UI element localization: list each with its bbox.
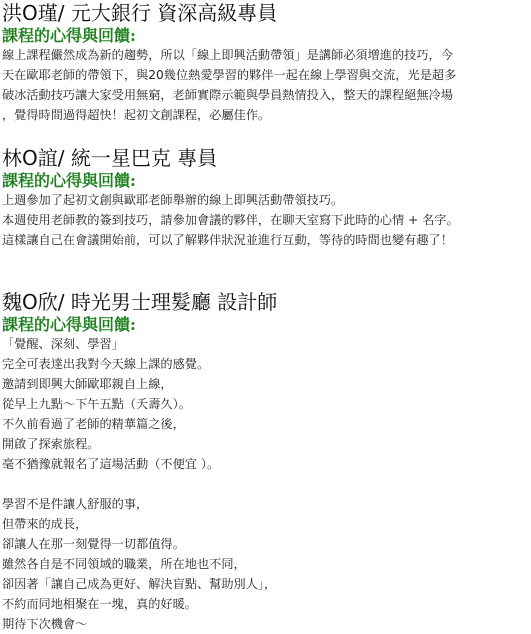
body-line: 卻讓人在那一刻覺得一切都值得。 bbox=[2, 534, 531, 554]
testimonial-subheading: 課程的心得與回饋: bbox=[2, 171, 531, 191]
testimonial-name: 洪O瑾/ 元大銀行 資深高級專員 bbox=[2, 1, 531, 25]
testimonial-body: 「覺醒、深刻、學習」 完全可表達出我對今天線上課的感覺。 邀請到即興大師歐耶親自… bbox=[2, 334, 531, 634]
testimonial-name: 林O誼/ 統一星巴克 專員 bbox=[2, 146, 531, 170]
body-line: 不約而同地相聚在一塊，真的好暖。 bbox=[2, 594, 531, 614]
testimonial-name: 魏O欣/ 時光男士理髮廳 設計師 bbox=[2, 290, 531, 314]
body-line: 完全可表達出我對今天線上課的感覺。 bbox=[2, 354, 531, 374]
testimonial-2: 林O誼/ 統一星巴克 專員 課程的心得與回饋: 上週參加了起初文創與歐耶老師舉辦… bbox=[2, 146, 531, 250]
body-line: 開啟了探索旅程。 bbox=[2, 434, 531, 454]
testimonial-1: 洪O瑾/ 元大銀行 資深高級專員 課程的心得與回饋: 線上課程儼然成為新的趨勢，… bbox=[2, 1, 531, 125]
body-line: 邀請到即興大師歐耶親自上線， bbox=[2, 374, 531, 394]
testimonial-3: 魏O欣/ 時光男士理髮廳 設計師 課程的心得與回饋: 「覺醒、深刻、學習」 完全… bbox=[2, 290, 531, 634]
body-line: ，覺得時間過得超快！起初文創課程，必屬佳作。 bbox=[2, 105, 531, 125]
body-line: 本週使用老師教的簽到技巧，請參加會議的夥伴，在聊天室寫下此時的心情 + 名字。 bbox=[2, 210, 531, 230]
body-line: 期待下次機會～ bbox=[2, 614, 531, 634]
blank-line bbox=[2, 474, 531, 494]
testimonial-body: 線上課程儼然成為新的趨勢，所以「線上即興活動帶領」是講師必須增進的技巧，今 天在… bbox=[2, 45, 531, 125]
body-line: 學習不是件讓人舒服的事， bbox=[2, 494, 531, 514]
body-line: 天在歐耶老師的帶領下，與20幾位熱愛學習的夥伴一起在線上學習與交流，光是超多 bbox=[2, 65, 531, 85]
body-line: 上週參加了起初文創與歐耶老師舉辦的線上即興活動帶領技巧。 bbox=[2, 190, 531, 210]
body-line: 破冰活動技巧讓大家受用無窮，老師實際示範與學員熱情投入，整天的課程絕無冷場 bbox=[2, 85, 531, 105]
testimonial-body: 上週參加了起初文創與歐耶老師舉辦的線上即興活動帶領技巧。 本週使用老師教的簽到技… bbox=[2, 190, 531, 250]
body-line: 雖然各自是不同領域的職業，所在地也不同， bbox=[2, 554, 531, 574]
body-line: 卻因著「讓自己成為更好、解決盲點、幫助別人」， bbox=[2, 574, 531, 594]
body-line: 但帶來的成長， bbox=[2, 514, 531, 534]
body-line: 從早上九點～下午五點（夭壽久）。 bbox=[2, 394, 531, 414]
body-line: 這樣讓自己在會議開始前，可以了解夥伴狀況並進行互動，等待的時間也變有趣了！ bbox=[2, 230, 531, 250]
body-line: 「覺醒、深刻、學習」 bbox=[2, 334, 531, 354]
body-line: 線上課程儼然成為新的趨勢，所以「線上即興活動帶領」是講師必須增進的技巧，今 bbox=[2, 45, 531, 65]
body-line: 毫不猶豫就報名了這場活動（不便宜 ）。 bbox=[2, 454, 531, 474]
body-line: 不久前看過了老師的精華篇之後， bbox=[2, 414, 531, 434]
testimonial-subheading: 課程的心得與回饋: bbox=[2, 26, 531, 46]
testimonial-subheading: 課程的心得與回饋: bbox=[2, 315, 531, 335]
